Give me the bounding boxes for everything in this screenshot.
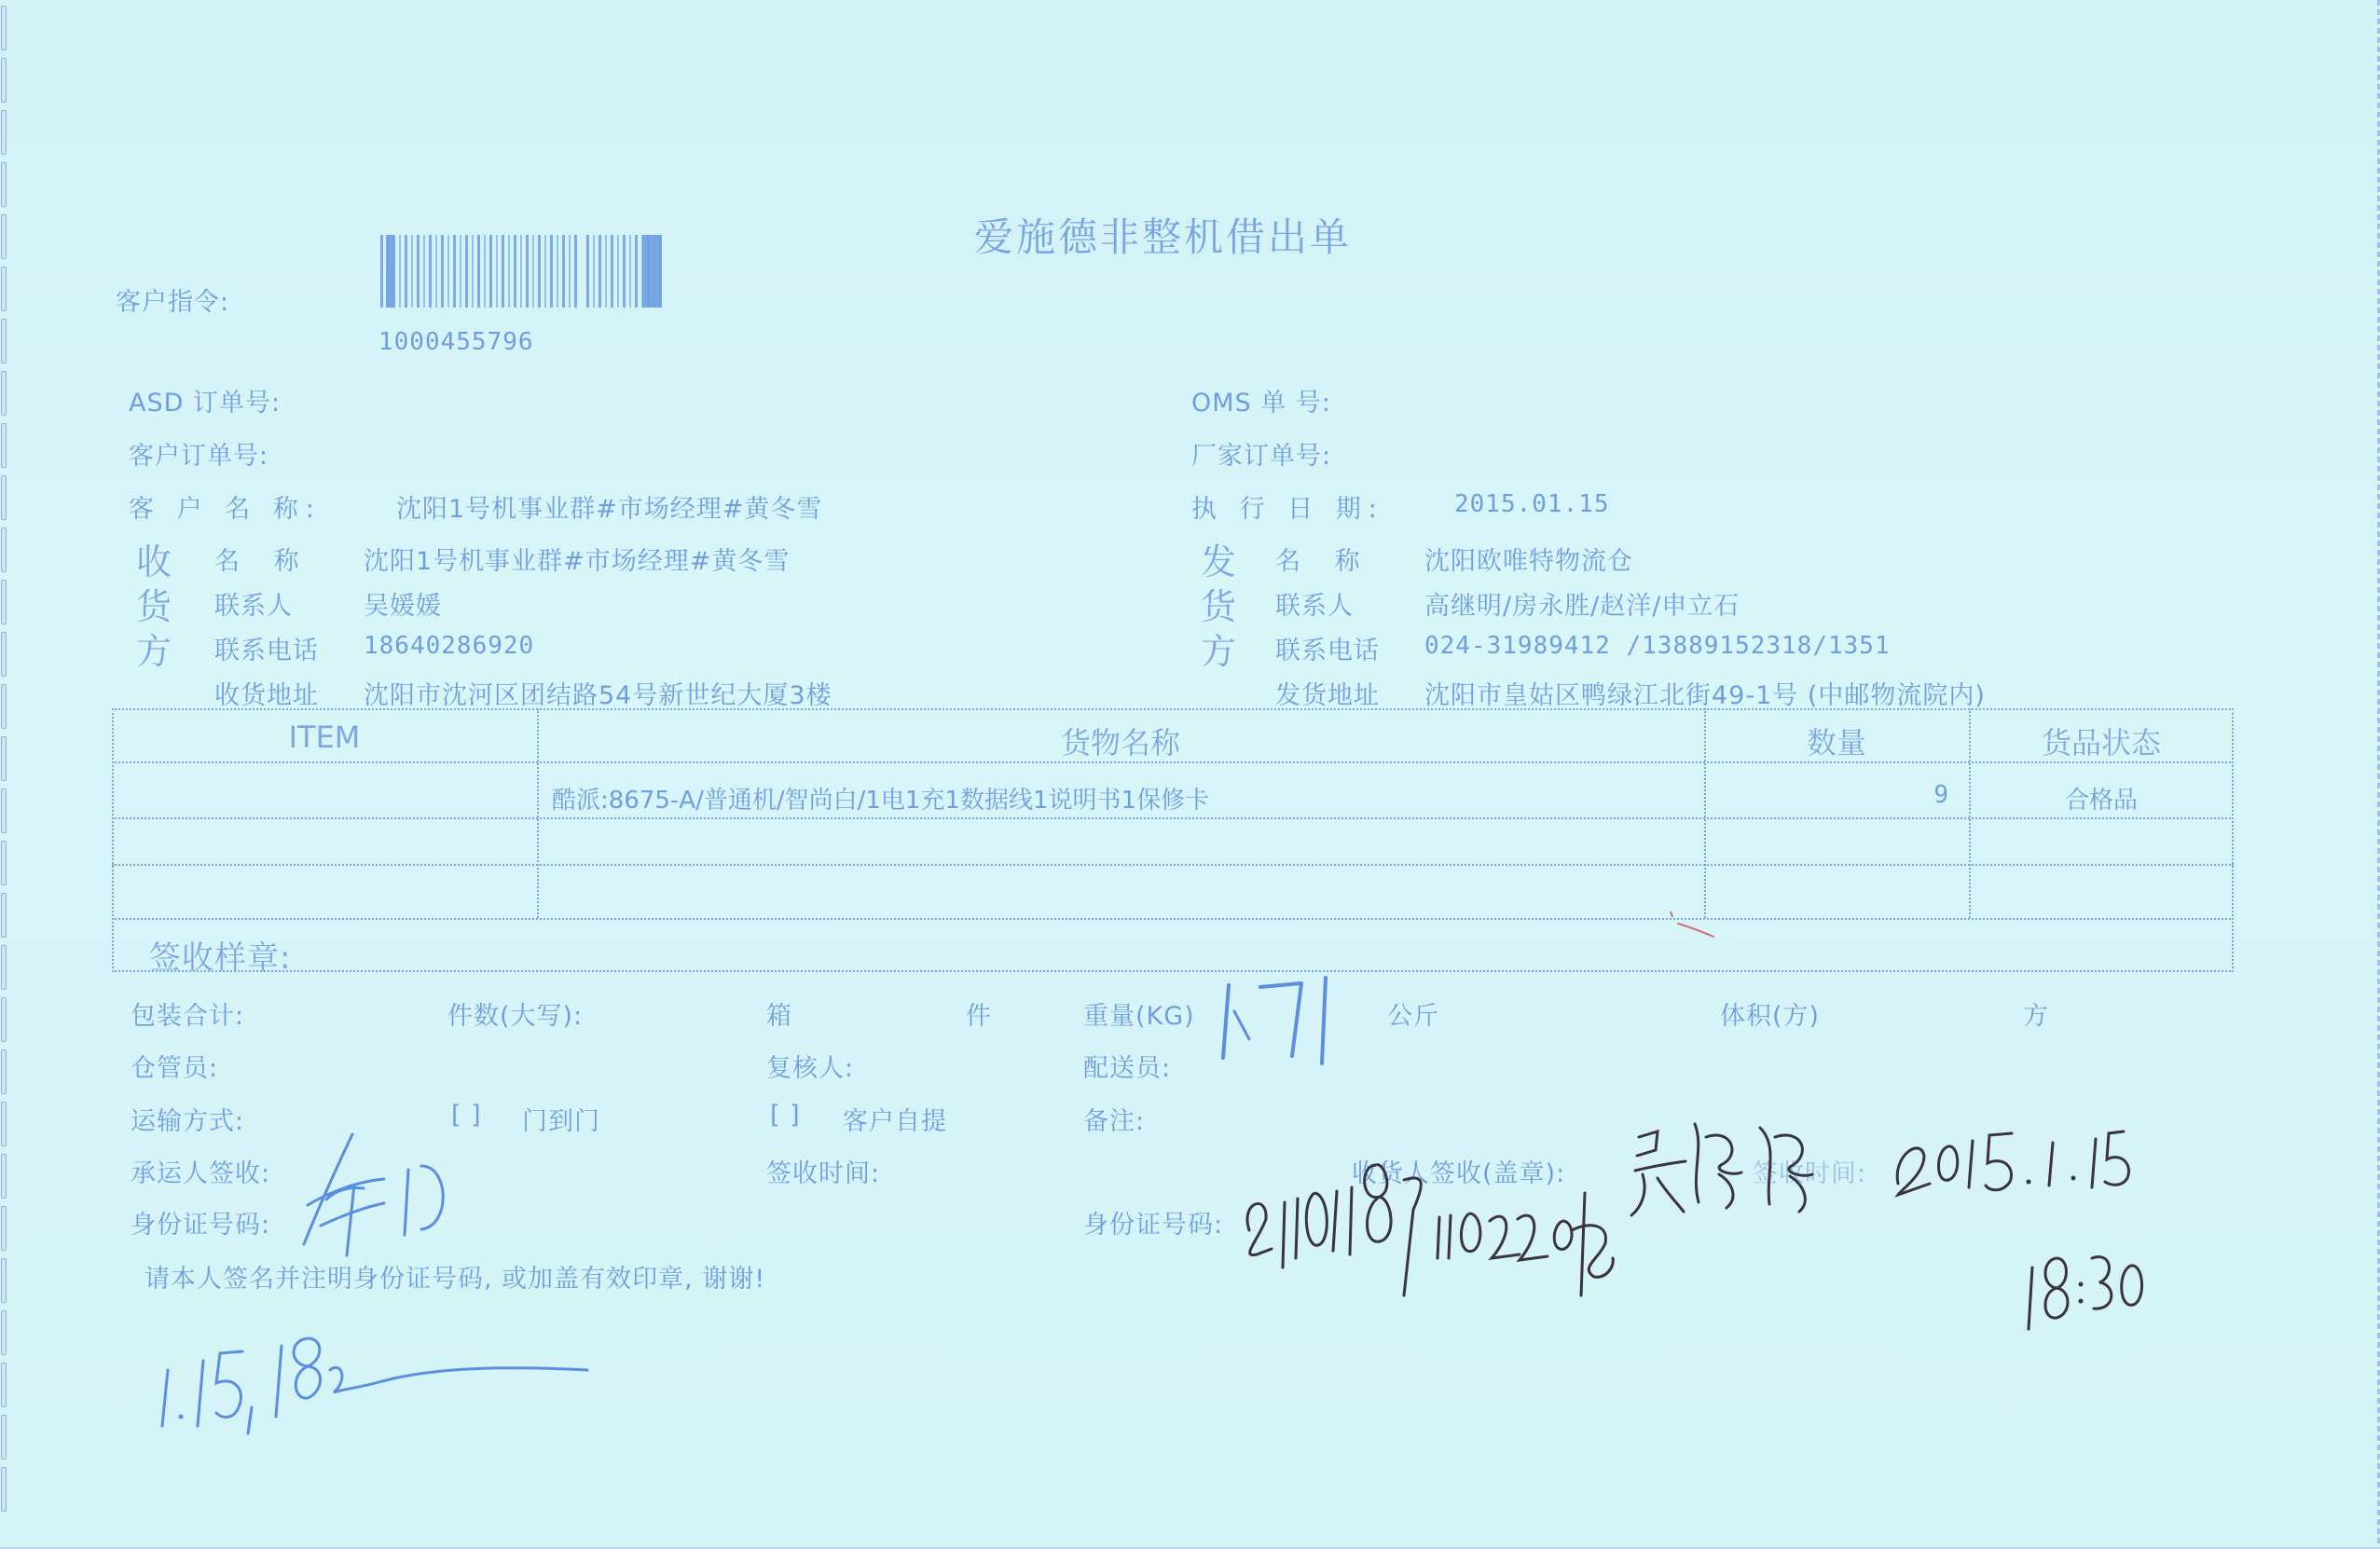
volume-label: 体积(方): [1720, 995, 1820, 1032]
receiver-phone-value: 18640286920: [364, 632, 534, 660]
carbon-copy-form: 爱施德非整机借出单 客户指令: 1000455796 ASD 订单号: 客户订单…: [0, 0, 2380, 1549]
sign-stamp-label: 签收样章:: [149, 932, 291, 978]
perforation-edge: [0, 0, 7, 1549]
receiver-contact-label: 联系人: [214, 585, 293, 622]
exec-date-label: 执 行 日 期:: [1191, 488, 1384, 525]
receiver-address-label: 收货地址: [214, 675, 319, 711]
sender-side-char-3: 方: [1201, 623, 1237, 674]
receiver-name-value: 沈阳1号机事业群#市场经理#黄冬雪: [364, 541, 790, 577]
receiver-side-char-2: 货: [136, 578, 172, 629]
self-pickup-checkbox[interactable]: [ ]: [770, 1101, 801, 1130]
oms-number-label: OMS 单 号:: [1191, 382, 1331, 418]
barcode: [380, 235, 665, 308]
table-rule: [112, 864, 2234, 866]
sender-address-label: 发货地址: [1275, 675, 1380, 711]
exec-date-value: 2015.01.15: [1454, 490, 1610, 518]
door-to-door-checkbox[interactable]: [ ]: [451, 1101, 482, 1130]
column-header-quantity: 数量: [1704, 720, 1969, 762]
customer-name-value: 沈阳1号机事业群#市场经理#黄冬雪: [396, 488, 822, 525]
receiver-phone-label: 联系电话: [214, 630, 319, 666]
receiver-side-char-1: 收: [136, 533, 172, 584]
sender-phone-value: 024-31989412 /13889152318/1351: [1424, 632, 1891, 660]
deliverer-label: 配送员:: [1083, 1048, 1171, 1084]
package-total-label: 包装合计:: [131, 995, 244, 1032]
sender-side-char-2: 货: [1201, 578, 1237, 629]
handwritten-carrier-signature: [298, 1132, 457, 1262]
piece-label: 件: [966, 995, 992, 1032]
factory-order-label: 厂家订单号:: [1191, 435, 1331, 472]
sender-address-value: 沈阳市皇姑区鸭绿江北街49-1号 (中邮物流院内): [1424, 675, 1986, 711]
box-label: 箱: [766, 995, 792, 1032]
warehouse-keeper-label: 仓管员:: [131, 1048, 218, 1084]
receiver-address-value: 沈阳市沈河区团结路54号新世纪大厦3楼: [364, 675, 832, 711]
sender-contact-value: 高继明/房永胜/赵洋/申立石: [1424, 585, 1740, 622]
column-header-item: ITEM: [112, 720, 537, 755]
receiver-contact-value: 吴媛媛: [364, 585, 442, 622]
remarks-label: 备注:: [1083, 1101, 1145, 1137]
sender-phone-label: 联系电话: [1275, 630, 1380, 666]
column-header-status: 货品状态: [1969, 720, 2234, 762]
sender-name-value: 沈阳欧唯特物流仓: [1424, 541, 1633, 577]
transport-mode-label: 运输方式:: [131, 1101, 244, 1137]
column-header-goods-name: 货物名称: [537, 720, 1704, 762]
handwritten-sign-date: [1892, 1118, 2247, 1337]
volume-unit: 方: [2023, 995, 2049, 1032]
handwritten-consignee-signature: [1630, 1118, 1844, 1225]
barcode-number: 1000455796: [378, 328, 534, 356]
cell-status: 合格品: [1969, 781, 2234, 816]
customer-order-label: 客户订单号:: [129, 435, 268, 472]
weight-label: 重量(KG): [1083, 995, 1195, 1032]
handwritten-weight: [1221, 974, 1342, 1071]
sign-time-label: 签收时间:: [766, 1153, 880, 1189]
self-pickup-label: 客户自提: [843, 1101, 947, 1137]
pieces-label: 件数(大写):: [447, 995, 583, 1032]
cell-goods-name: 酷派:8675-A/普通机/智尚白/1电1充1数据线1说明书1保修卡: [552, 781, 1209, 816]
red-pen-mark: [1669, 909, 1725, 940]
table-rule: [112, 817, 2234, 819]
asd-order-label: ASD 订单号:: [129, 382, 281, 418]
document-title: 爱施德非整机借出单: [974, 207, 1352, 263]
sender-name-label: 名 称: [1275, 541, 1373, 577]
signature-instruction-note: 请本人签名并注明身份证号码, 或加盖有效印章, 谢谢!: [144, 1258, 765, 1295]
table-rule: [112, 918, 2234, 920]
sender-contact-label: 联系人: [1275, 585, 1354, 622]
carrier-sign-label: 承运人签收:: [131, 1153, 270, 1189]
reviewer-label: 复核人:: [766, 1048, 854, 1084]
weight-unit: 公斤: [1387, 995, 1439, 1032]
receiver-side-char-3: 方: [136, 623, 172, 674]
id-number-label-right: 身份证号码:: [1083, 1204, 1223, 1241]
sender-side-char-1: 发: [1201, 533, 1237, 584]
handwritten-id-number: [1240, 1128, 1631, 1299]
handwritten-bottom-note: [158, 1333, 625, 1439]
id-number-label-left: 身份证号码:: [131, 1204, 270, 1241]
customer-instruction-label: 客户指令:: [116, 281, 229, 318]
cell-quantity: 9: [1704, 781, 1948, 809]
door-to-door-label: 门到门: [522, 1101, 600, 1137]
customer-name-label: 客 户 名 称:: [129, 488, 322, 525]
receiver-name-label: 名 称: [214, 541, 312, 577]
